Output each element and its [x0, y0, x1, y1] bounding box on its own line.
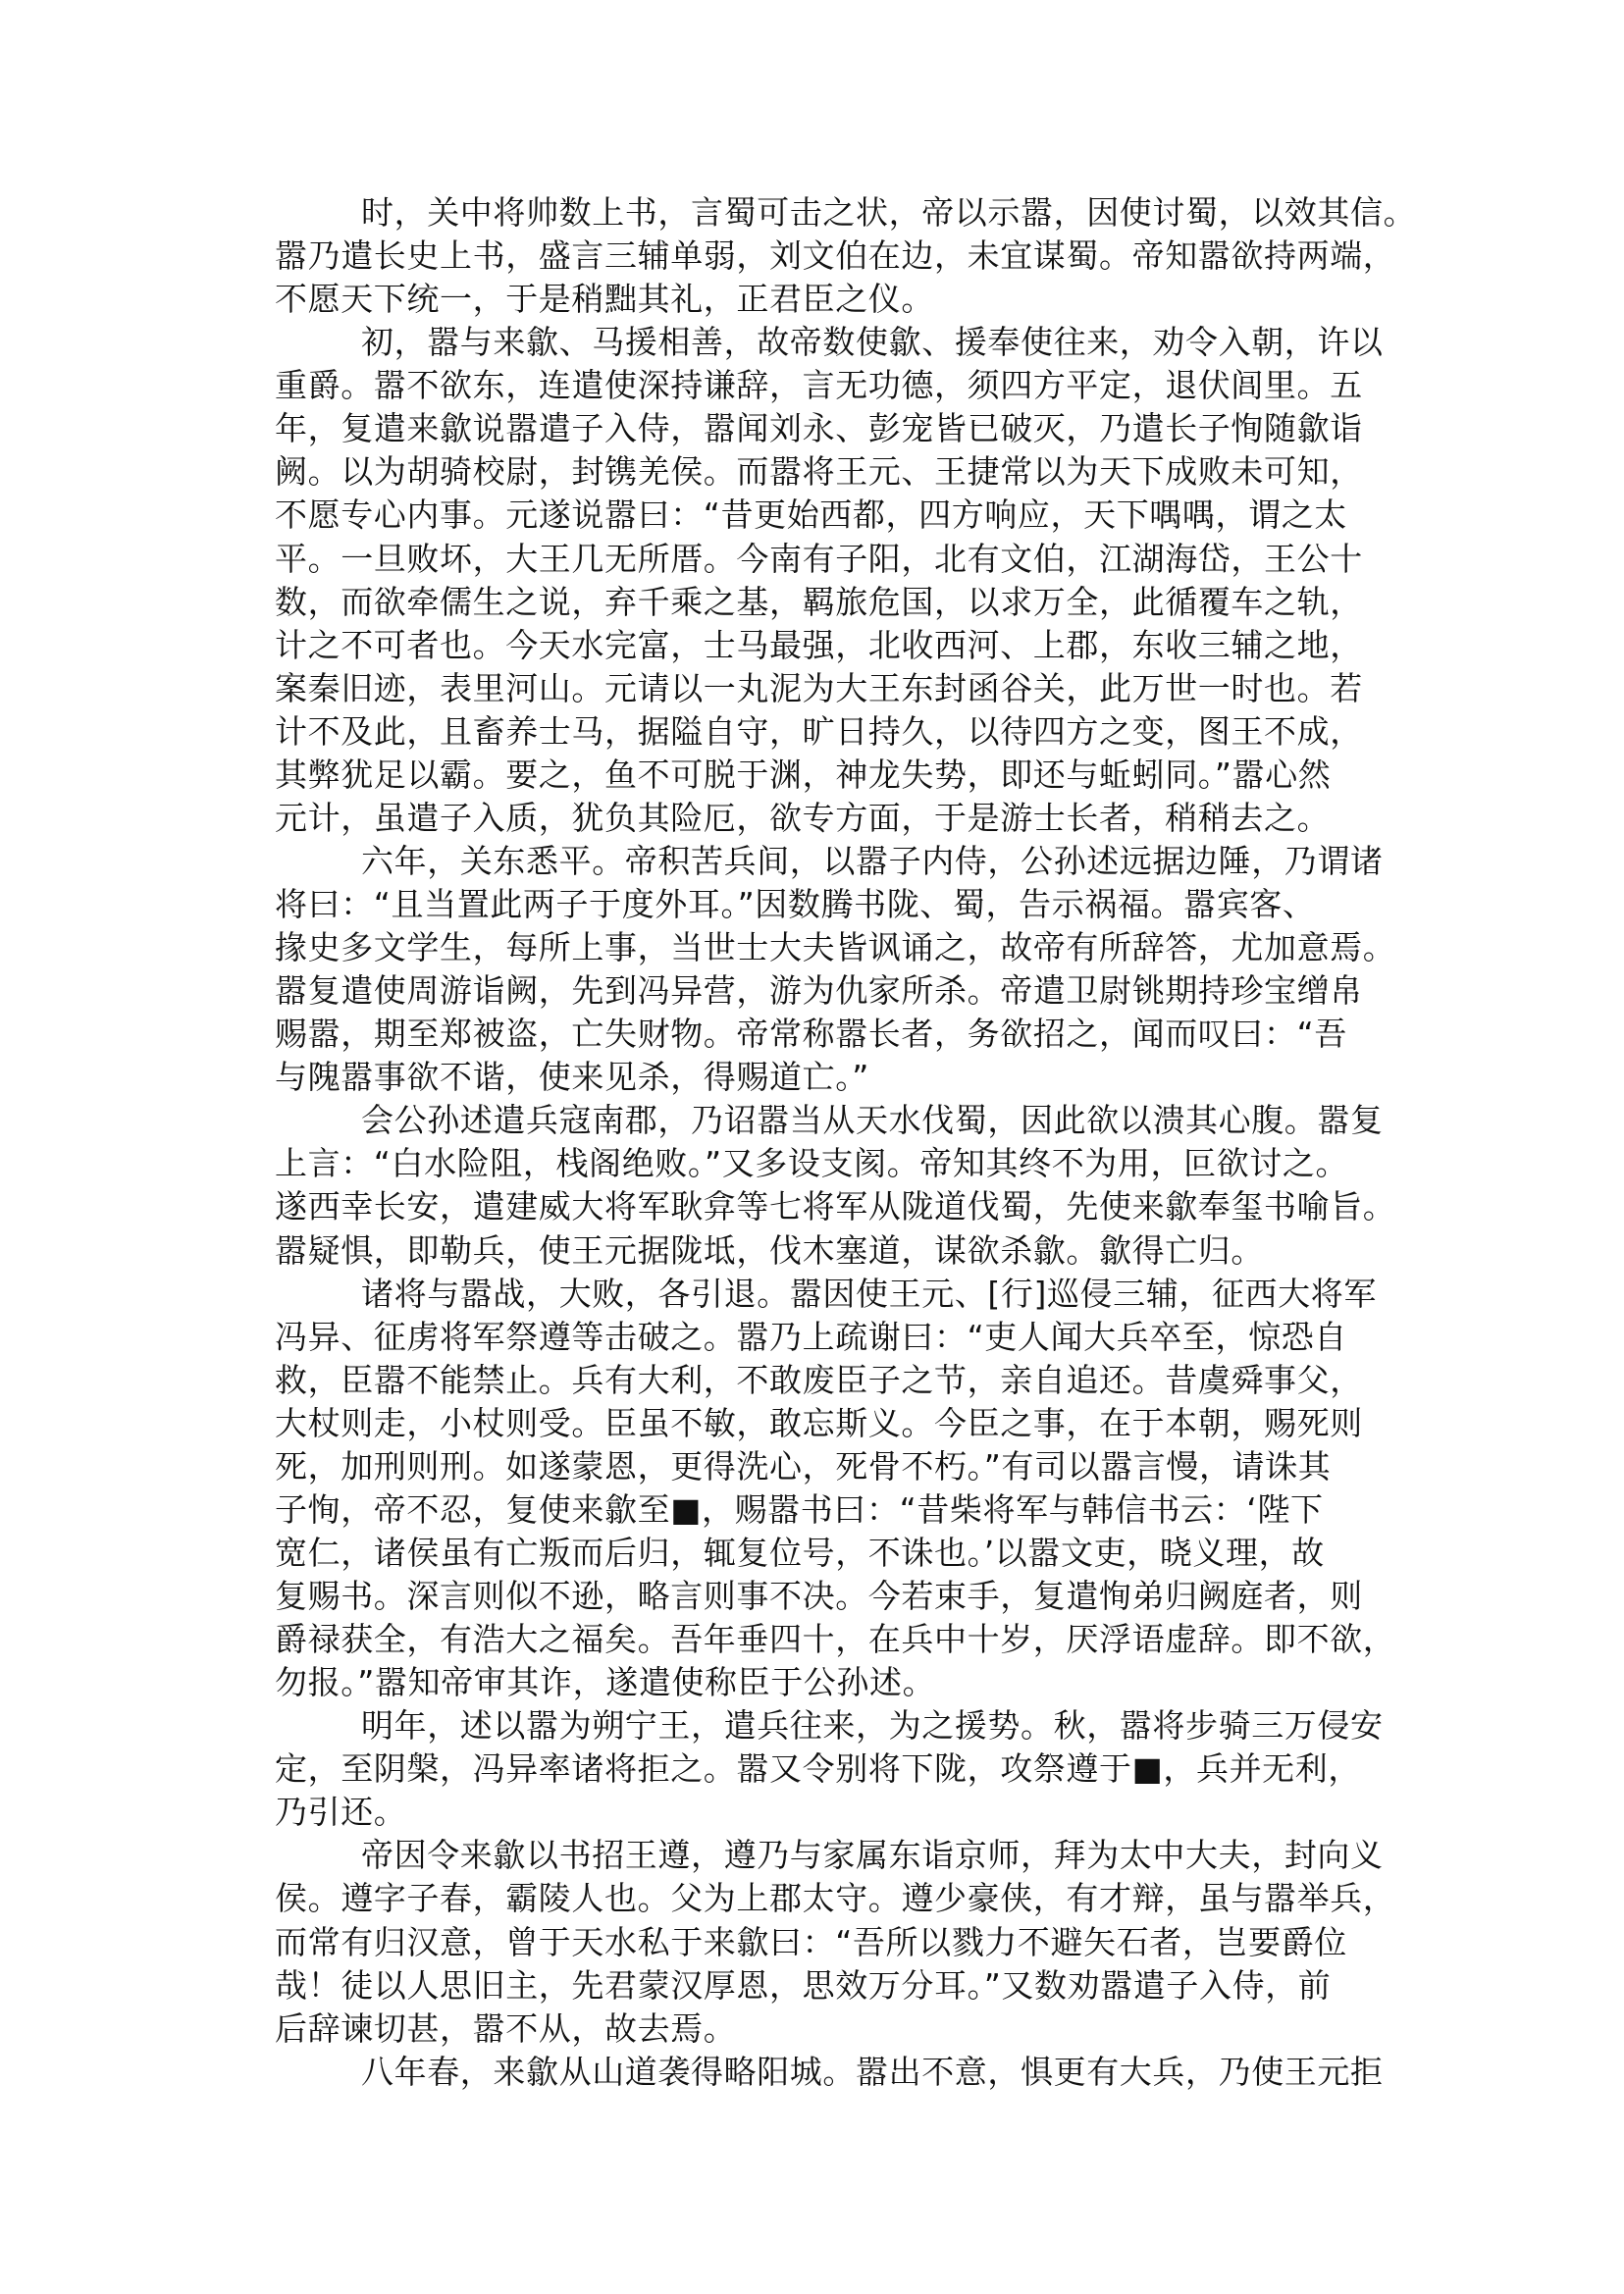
paragraph: 会公孙述遣兵寇南郡，乃诏嚣当从天水伐蜀，因此欲以溃其心腹。嚣复上言：“白水险阻，…	[275, 1099, 1354, 1272]
paragraph-line: 大杖则走，小杖则受。臣虽不敏，敢忘斯义。今臣之事，在于本朝，赐死则	[275, 1402, 1354, 1445]
paragraph-first-line: 明年，述以嚣为朔宁王，遣兵往来，为之援势。秋，嚣将步骑三万侵安	[275, 1704, 1354, 1747]
paragraph-line: 与隗嚣事欲不谐，使来见杀，得赐道亡。”	[275, 1056, 1354, 1099]
paragraph: 六年，关东悉平。帝积苦兵间，以嚣子内侍，公孙述远据边陲，乃谓诸将曰：“且当置此两…	[275, 840, 1354, 1099]
paragraph-line: 数，而欲牵儒生之说，弃千乘之基，羁旅危国，以求万全，此循覆车之轨，	[275, 581, 1354, 624]
paragraph-line: 计不及此，且畜养士马，据隘自守，旷日持久，以待四方之变，图王不成，	[275, 710, 1354, 754]
paragraph-line: 其弊犹足以霸。要之，鱼不可脱于渊，神龙失势，即还与蚯蚓同。”嚣心然	[275, 754, 1354, 797]
paragraph-line: 爵禄获全，有浩大之福矣。吾年垂四十，在兵中十岁，厌浮语虚辞。即不欲，	[275, 1618, 1354, 1661]
paragraph-first-line: 八年春，来歙从山道袭得略阳城。嚣出不意，惧更有大兵，乃使王元拒	[275, 2051, 1354, 2094]
paragraph-line: 侯。遵字子春，霸陵人也。父为上郡太守。遵少豪侠，有才辩，虽与嚣举兵，	[275, 1877, 1354, 1920]
paragraph-line: 乃引还。	[275, 1791, 1354, 1834]
paragraph-line: 元计，虽遣子入质，犹负其险厄，欲专方面，于是游士长者，稍稍去之。	[275, 797, 1354, 840]
paragraph-first-line: 初，嚣与来歙、马援相善，故帝数使歙、援奉使往来，劝令入朝，许以	[275, 321, 1354, 364]
paragraph: 时，关中将帅数上书，言蜀可击之状，帝以示嚣，因使讨蜀，以效其信。嚣乃遣长史上书，…	[275, 191, 1354, 321]
paragraph-line: 平。一旦败坏，大王几无所厝。今南有子阳，北有文伯，江湖海岱，王公十	[275, 538, 1354, 581]
paragraph-line: 阙。以为胡骑校尉，封镌羌侯。而嚣将王元、王捷常以为天下成败未可知，	[275, 450, 1354, 494]
paragraph-line: 重爵。嚣不欲东，连遣使深持谦辞，言无功德，须四方平定，退伏闾里。五	[275, 364, 1354, 407]
paragraph-line: 年，复遣来歙说嚣遣子入侍，嚣闻刘永、彭宠皆已破灭，乃遣长子恂随歙诣	[275, 407, 1354, 450]
paragraph-line: 子恂，帝不忍，复使来歙至■，赐嚣书曰：“昔柴将军与韩信书云：‘陛下	[275, 1488, 1354, 1532]
document-page: 时，关中将帅数上书，言蜀可击之状，帝以示嚣，因使讨蜀，以效其信。嚣乃遣长史上书，…	[275, 191, 1354, 2094]
paragraph: 初，嚣与来歙、马援相善，故帝数使歙、援奉使往来，劝令入朝，许以重爵。嚣不欲东，连…	[275, 321, 1354, 840]
paragraph-first-line: 诸将与嚣战，大败，各引退。嚣因使王元、[行]巡侵三辅，征西大将军	[275, 1273, 1354, 1316]
paragraph-line: 嚣乃遣长史上书，盛言三辅单弱，刘文伯在边，未宜谋蜀。帝知嚣欲持两端，	[275, 235, 1354, 278]
paragraph-line: 定，至阴槃，冯异率诸将拒之。嚣又令别将下陇，攻祭遵于■，兵并无利，	[275, 1747, 1354, 1791]
paragraph-line: 救，臣嚣不能禁止。兵有大利，不敢废臣子之节，亲自追还。昔虞舜事父，	[275, 1359, 1354, 1402]
paragraph-line: 不愿专心内事。元遂说嚣曰：“昔更始西都，四方响应，天下喁喁，谓之太	[275, 494, 1354, 537]
paragraph-line: 死，加刑则刑。如遂蒙恩，更得洗心，死骨不朽。”有司以嚣言慢，请诛其	[275, 1445, 1354, 1488]
paragraph-first-line: 会公孙述遣兵寇南郡，乃诏嚣当从天水伐蜀，因此欲以溃其心腹。嚣复	[275, 1099, 1354, 1142]
paragraph-line: 案秦旧迹，表里河山。元请以一丸泥为大王东封函谷关，此万世一时也。若	[275, 667, 1354, 710]
paragraph-line: 将曰：“且当置此两子于度外耳。”因数腾书陇、蜀，告示祸福。嚣宾客、	[275, 883, 1354, 926]
paragraph-line: 复赐书。深言则似不逊，略言则事不决。今若束手，复遣恂弟归阙庭者，则	[275, 1575, 1354, 1618]
paragraph-line: 不愿天下统一，于是稍黜其礼，正君臣之仪。	[275, 278, 1354, 321]
paragraph-line: 而常有归汉意，曾于天水私于来歙曰：“吾所以戮力不避矢石者，岂要爵位	[275, 1921, 1354, 1964]
paragraph: 帝因令来歙以书招王遵，遵乃与家属东诣京师，拜为太中大夫，封向义侯。遵字子春，霸陵…	[275, 1834, 1354, 2050]
paragraph-first-line: 时，关中将帅数上书，言蜀可击之状，帝以示嚣，因使讨蜀，以效其信。	[275, 191, 1354, 235]
paragraph-line: 嚣疑惧，即勒兵，使王元据陇坻，伐木塞道，谋欲杀歙。歙得亡归。	[275, 1229, 1354, 1273]
paragraph: 八年春，来歙从山道袭得略阳城。嚣出不意，惧更有大兵，乃使王元拒	[275, 2051, 1354, 2094]
paragraph-line: 哉！徒以人思旧主，先君蒙汉厚恩，思效万分耳。”又数劝嚣遣子入侍，前	[275, 1964, 1354, 2007]
paragraph-line: 嚣复遣使周游诣阙，先到冯异营，游为仇家所杀。帝遣卫尉铫期持珍宝缯帛	[275, 969, 1354, 1013]
paragraph-first-line: 六年，关东悉平。帝积苦兵间，以嚣子内侍，公孙述远据边陲，乃谓诸	[275, 840, 1354, 883]
paragraph-first-line: 帝因令来歙以书招王遵，遵乃与家属东诣京师，拜为太中大夫，封向义	[275, 1834, 1354, 1877]
paragraph-line: 掾史多文学生，每所上事，当世士大夫皆讽诵之，故帝有所辞答，尤加意焉。	[275, 926, 1354, 969]
paragraph-line: 勿报。”嚣知帝审其诈，遂遣使称臣于公孙述。	[275, 1661, 1354, 1704]
paragraph-line: 宽仁，诸侯虽有亡叛而后归，辄复位号，不诛也。’以嚣文吏，晓义理，故	[275, 1532, 1354, 1575]
paragraph: 诸将与嚣战，大败，各引退。嚣因使王元、[行]巡侵三辅，征西大将军冯异、征虏将军祭…	[275, 1273, 1354, 1705]
paragraph-line: 冯异、征虏将军祭遵等击破之。嚣乃上疏谢曰：“吏人闻大兵卒至，惊恐自	[275, 1316, 1354, 1359]
paragraph-line: 赐嚣，期至郑被盗，亡失财物。帝常称嚣长者，务欲招之，闻而叹曰：“吾	[275, 1013, 1354, 1056]
paragraph: 明年，述以嚣为朔宁王，遣兵往来，为之援势。秋，嚣将步骑三万侵安定，至阴槃，冯异率…	[275, 1704, 1354, 1834]
paragraph-line: 遂西幸长安，遣建威大将军耿弇等七将军从陇道伐蜀，先使来歙奉玺书喻旨。	[275, 1185, 1354, 1228]
paragraph-line: 后辞谏切甚，嚣不从，故去焉。	[275, 2007, 1354, 2051]
paragraph-line: 计之不可者也。今天水完富，士马最强，北收西河、上郡，东收三辅之地，	[275, 624, 1354, 667]
paragraph-line: 上言：“白水险阻，栈阁绝败。”又多设支阂。帝知其终不为用，叵欲讨之。	[275, 1142, 1354, 1185]
